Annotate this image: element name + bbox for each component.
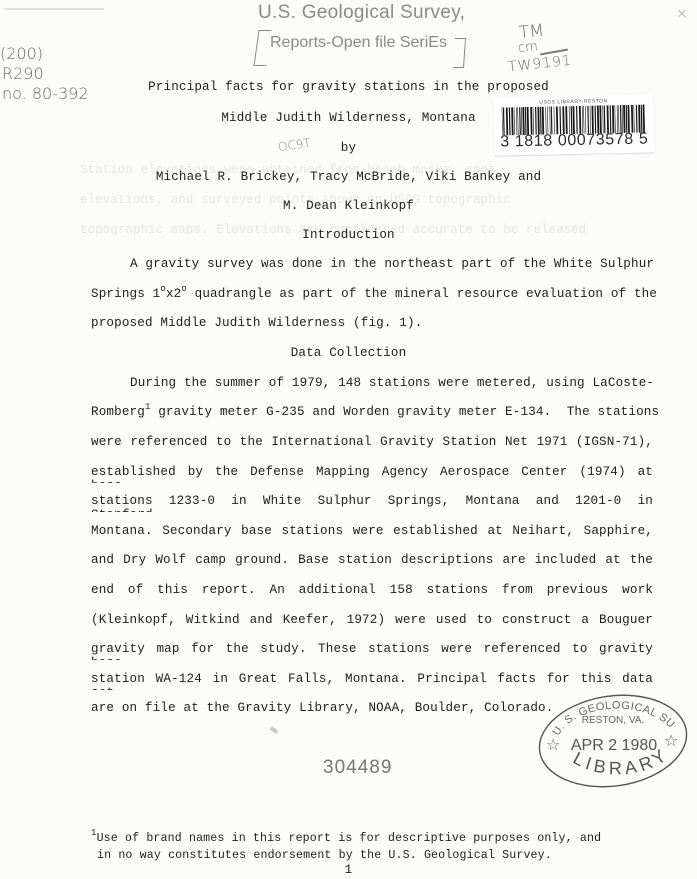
data-line: and Dry Wolf camp ground. Base station d… [91,553,653,571]
bracket-right [453,38,466,68]
authors-line-1: Michael R. Brickey, Tracy McBride, Viki … [0,170,697,184]
data-line-rest: gravity meter G-235 and Worden gravity m… [151,405,660,419]
document-page: Station elevations were obtained from be… [0,0,697,879]
handwritten-note: TW9191 [507,53,572,76]
data-line: gravity map for the study. These station… [91,642,653,660]
data-line: Romberg1 gravity meter G-235 and Worden … [91,405,653,419]
romberg-text: Romberg [91,405,145,419]
data-line: station WA-124 in Great Falls, Montana. … [91,672,653,690]
scan-artifact [270,726,279,734]
svg-text:☆: ☆ [546,735,560,754]
handwritten-note: cm [517,39,538,56]
springs-prefix: Springs 1 [91,287,160,301]
accession-number: 304489 [323,757,392,779]
intro-line-rest: quadrangle as part of the mineral resour… [195,287,657,301]
intro-line: Springs 1ox2o quadrangle as part of the … [91,287,653,301]
authors-line-2: M. Dean Kleinkopf [0,199,697,213]
data-line: stations 1233-0 in White Sulphur Springs… [91,494,653,512]
times-sign: x2 [166,287,181,301]
page-number: 1 [0,863,697,877]
title-line-1: Principal facts for gravity stations in … [0,80,697,94]
corner-mark: × [676,6,688,22]
footnote-line-1: 1Use of brand names in this report is fo… [91,832,601,845]
title-line-2: Middle Judith Wilderness, Montana [0,111,697,125]
degree-mark: o [181,284,187,294]
agency-stamp: U.S. Geological Survey, [258,2,465,24]
data-line: Montana. Secondary base stations were es… [91,524,653,542]
svg-text:U. S. GEOLOGICAL SURVEY: U. S. GEOLOGICAL SURVEY [536,690,677,738]
svg-text:☆: ☆ [664,731,678,750]
data-collection-heading: Data Collection [0,346,697,360]
scan-artifact [4,8,104,10]
introduction-heading: Introduction [0,228,697,242]
intro-line: A gravity survey was done in the northea… [130,257,653,271]
data-line: were referenced to the International Gra… [91,435,653,453]
handwritten-note: (200) [0,44,43,63]
title-by: by [0,141,697,155]
intro-line: proposed Middle Judith Wilderness (fig. … [91,316,653,330]
data-line: end of this report. An additional 158 st… [91,583,653,601]
data-line: established by the Defense Mapping Agenc… [91,465,653,483]
footnote-text: Use of brand names in this report is for… [97,832,602,845]
library-stamp: U. S. GEOLOGICAL SURVEY RESTON, VA. ☆ ☆ … [536,690,690,792]
data-line: (Kleinkopf, Witkind and Keefer, 1972) we… [91,613,653,631]
footnote-line-2: in no way constitutes endorsement by the… [97,849,552,862]
svg-text:RESTON, VA.: RESTON, VA. [582,715,644,726]
data-line: During the summer of 1979, 148 stations … [130,376,653,390]
series-stamp: Reports-Open file SeriEs [262,32,453,54]
